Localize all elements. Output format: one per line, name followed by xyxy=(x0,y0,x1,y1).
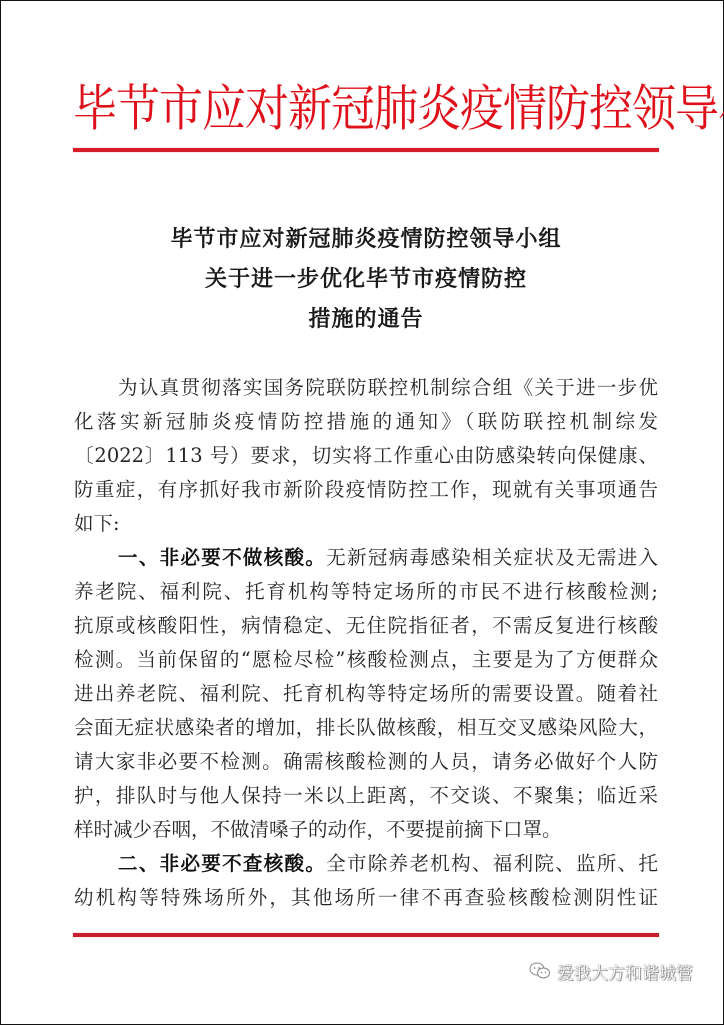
wechat-watermark: 爱我大方和谐城管 xyxy=(529,957,693,985)
body-line: 防重症，有序抓好我市新阶段疫情防控工作，现就有关事项通告 xyxy=(74,473,658,507)
body-line: 化落实新冠肺炎疫情防控措施的通知》（联防联控机制综发 xyxy=(74,405,658,439)
item-2-text: 全市除养老机构、福利院、监所、托 xyxy=(326,852,658,875)
item-1-text: 无新冠病毒感染相关症状及无需进入 xyxy=(326,546,658,569)
body-line: 抗原或核酸阳性，病情稳定、无住院指征者，不需反复进行核酸 xyxy=(74,609,658,643)
watermark-text: 爱我大方和谐城管 xyxy=(557,959,693,984)
body-line: 进出养老院、福利院、托育机构等特定场所的需要设置。随着社 xyxy=(74,677,658,711)
body-line-item-2: 二、非必要不查核酸。全市除养老机构、福利院、监所、托 xyxy=(74,847,658,881)
notice-title-line-1: 毕节市应对新冠肺炎疫情防控领导小组 xyxy=(73,219,659,259)
body-line: 检测。当前保留的“愿检尽检”核酸检测点，主要是为了方便群众 xyxy=(74,643,658,677)
notice-body: 为认真贯彻落实国务院联防联控机制综合组《关于进一步优 化落实新冠肺炎疫情防控措施… xyxy=(74,371,658,915)
notice-title-line-3: 措施的通告 xyxy=(73,299,659,339)
body-line: 如下: xyxy=(74,507,658,541)
body-line: 幼机构等特殊场所外，其他场所一律不再查验核酸检测阴性证 xyxy=(74,881,658,915)
masthead-red-rule xyxy=(73,148,659,152)
body-line: 护，排队时与他人保持一米以上距离，不交谈、不聚集；临近采 xyxy=(74,779,658,813)
body-line: 为认真贯彻落实国务院联防联控机制综合组《关于进一步优 xyxy=(74,371,658,405)
item-2-heading: 二、非必要不查核酸。 xyxy=(118,852,326,875)
wechat-icon xyxy=(529,961,551,981)
body-line: 养老院、福利院、托育机构等特定场所的市民不进行核酸检测; xyxy=(74,575,658,609)
notice-title-line-2: 关于进一步优化毕节市疫情防控 xyxy=(73,259,659,299)
item-1-heading: 一、非必要不做核酸。 xyxy=(118,546,326,569)
masthead-title: 毕节市应对新冠肺炎疫情防控领导小组 xyxy=(73,75,659,144)
body-line: 请大家非必要不检测。确需核酸检测的人员，请务必做好个人防 xyxy=(74,745,658,779)
body-line-item-1: 一、非必要不做核酸。无新冠病毒感染相关症状及无需进入 xyxy=(74,541,658,575)
body-line: 〔2022〕113 号）要求，切实将工作重心由防感染转向保健康、 xyxy=(74,439,658,473)
body-line: 会面无症状感染者的增加，排长队做核酸，相互交叉感染风险大， xyxy=(74,711,658,745)
body-line: 样时减少吞咽，不做清嗓子的动作，不要提前摘下口罩。 xyxy=(74,813,658,847)
footer-red-rule xyxy=(73,933,659,937)
document-page: 毕节市应对新冠肺炎疫情防控领导小组 毕节市应对新冠肺炎疫情防控领导小组 关于进一… xyxy=(0,0,724,1025)
